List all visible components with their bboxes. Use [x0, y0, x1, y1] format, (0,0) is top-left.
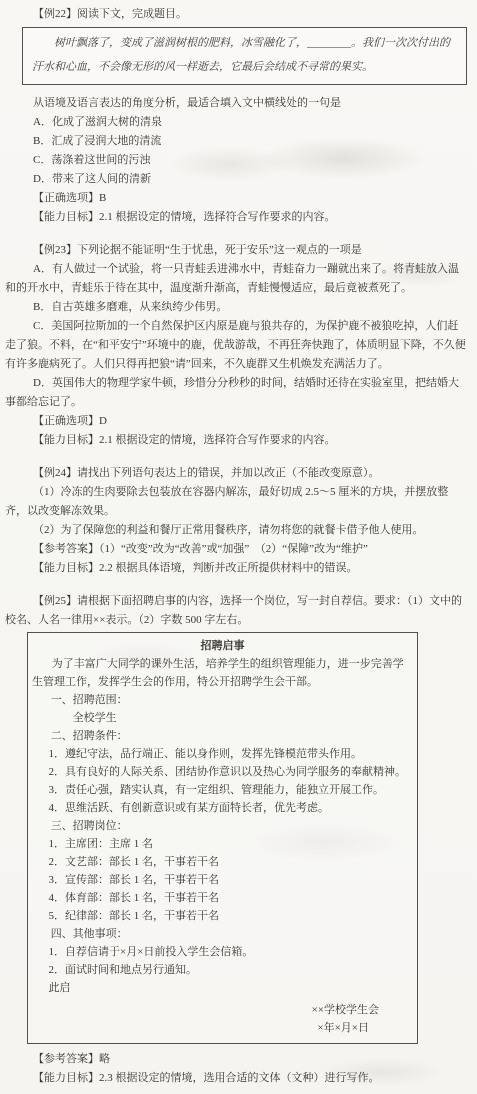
example-23-heading: 【例23】下列论据不能证明“生于忧患，死于安乐”这一观点的一项是 [5, 241, 467, 260]
example-25-block: 【例25】请根据下面招聘启事的内容，选择一个岗位，写一封自荐信。要求：（1）文中… [5, 592, 467, 1088]
example-22-answer: 【正确选项】B [5, 189, 467, 208]
example-23-option-a: A．有人做过一个试验，将一只青蛙丢进沸水中，青蛙奋力一蹦就出来了。将青蛙放入温和… [5, 260, 467, 298]
example-23-answer: 【正确选项】D [5, 412, 467, 431]
example-23-objective: 【能力目标】2.1 根据设定的情境，选择符合写作要求的内容。 [5, 431, 467, 450]
example-24-item-2: （2）为了保障您的利益和餐厅正常用餐秩序，请勿将您的就餐卡借予他人使用。 [5, 521, 467, 540]
notice-other-1: 1．自荐信请于×月×日前投入学生会信箱。 [49, 943, 414, 961]
notice-condition-4: 4．思维活跃、有创新意识或有某方面特长者，优先考虑。 [49, 799, 414, 817]
example-22-heading: 【例22】阅读下文，完成题目。 [5, 5, 467, 24]
example-22-question: 从语境及语言表达的角度分析，最适合填入文中横线处的一句是 [5, 94, 467, 113]
example-24-item-1: （1）冷冻的生肉要除去包装放在容器内解冻，最好切成 2.5～5 厘米的方块，并摆… [5, 483, 467, 521]
notice-condition-1: 1．遵纪守法，品行端正、能以身作则，发挥先锋模范带头作用。 [49, 745, 414, 763]
notice-other-2: 2．面试时间和地点另行通知。 [49, 961, 414, 979]
notice-post-5: 5．纪律部：部长 1 名，干事若干名 [49, 907, 414, 925]
notice-post-1: 1．主席团：主席 1 名 [49, 835, 414, 853]
example-22-objective: 【能力目标】2.1 根据设定的情境，选择符合写作要求的内容。 [5, 208, 467, 227]
notice-post-2: 2．文艺部：部长 1 名，干事若干名 [49, 853, 414, 871]
notice-section-1-head: 一、招聘范围： [51, 691, 413, 709]
example-22-block: 【例22】阅读下文，完成题目。 树叶飘落了，变成了滋润树根的肥料，冰雪融化了，_… [5, 5, 467, 227]
example-23-option-d: D．英国伟大的物理学家牛顿，珍惜分分秒秒的时间，结婚时还待在实验室里，把结婚大事… [5, 374, 467, 412]
reading-passage-text: 树叶飘落了，变成了滋润树根的肥料，冰雪融化了，________。我们一次次付出的… [32, 31, 457, 79]
example-24-answer: 【参考答案】（1）“改变”改为“改善”或“加强” （2）“保障”改为“维护” [5, 540, 467, 559]
example-25-heading: 【例25】请根据下面招聘启事的内容，选择一个岗位，写一封自荐信。要求：（1）文中… [5, 592, 467, 630]
example-25-objective: 【能力目标】2.3 根据设定的情境，选用合适的文体（文种）进行写作。 [5, 1069, 467, 1088]
example-23-option-c: C．美国阿拉斯加的一个自然保护区内原是鹿与狼共存的，为保护鹿不被狼吃掉，人们赶走… [5, 317, 467, 374]
notice-condition-2: 2．具有良好的人际关系、团结协作意识以及热心为同学服务的奉献精神。 [49, 763, 414, 781]
example-24-heading: 【例24】请找出下列语句表达上的错误，并加以改正（不能改变原意）。 [5, 464, 467, 483]
notice-date: ×年×月×日 [32, 1019, 413, 1037]
example-23-option-b: B．自古英雄多磨难，从来纨绔少伟男。 [5, 298, 467, 317]
notice-section-1-item: 全校学生 [73, 709, 413, 727]
example-22-option-b: B．汇成了浸润大地的清流 [5, 132, 467, 151]
notice-post-3: 3．宣传部：部长 1 名，干事若干名 [49, 871, 414, 889]
notice-closing: 此启 [49, 979, 414, 997]
notice-title: 招聘启事 [32, 637, 413, 655]
notice-condition-3: 3．责任心强，踏实认真，有一定组织、管理能力，能独立开展工作。 [49, 781, 414, 799]
example-25-answer: 【参考答案】略 [5, 1050, 467, 1069]
example-22-option-c: C．荡涤着这世间的污浊 [5, 151, 467, 170]
example-24-objective: 【能力目标】2.2 根据具体语境，判断并改正所提供材料中的错误。 [5, 559, 467, 578]
example-24-block: 【例24】请找出下列语句表达上的错误，并加以改正（不能改变原意）。 （1）冷冻的… [5, 464, 467, 578]
recruitment-notice-box: 招聘启事 为了丰富广大同学的课外生活，培养学生的组织管理能力，进一步完善学生管理… [27, 632, 418, 1044]
example-22-option-d: D．带来了这人间的清新 [5, 170, 467, 189]
scanned-textbook-page: 【例22】阅读下文，完成题目。 树叶飘落了，变成了滋润树根的肥料，冰雪融化了，_… [0, 0, 477, 1094]
notice-section-3-head: 三、招聘岗位： [51, 817, 413, 835]
notice-intro: 为了丰富广大同学的课外生活，培养学生的组织管理能力，进一步完善学生管理工作，发挥… [32, 655, 413, 691]
example-23-block: 【例23】下列论据不能证明“生于忧患，死于安乐”这一观点的一项是 A．有人做过一… [5, 241, 467, 450]
example-22-option-a: A．化成了滋润大树的清泉 [5, 113, 467, 132]
reading-passage-box: 树叶飘落了，变成了滋润树根的肥料，冰雪融化了，________。我们一次次付出的… [22, 27, 467, 85]
notice-section-2-head: 二、招聘条件： [51, 727, 413, 745]
notice-section-4-head: 四、其他事项： [51, 925, 413, 943]
notice-signature: ××学校学生会 [32, 1001, 413, 1019]
notice-post-4: 4．体育部：部长 1 名，干事若干名 [49, 889, 414, 907]
